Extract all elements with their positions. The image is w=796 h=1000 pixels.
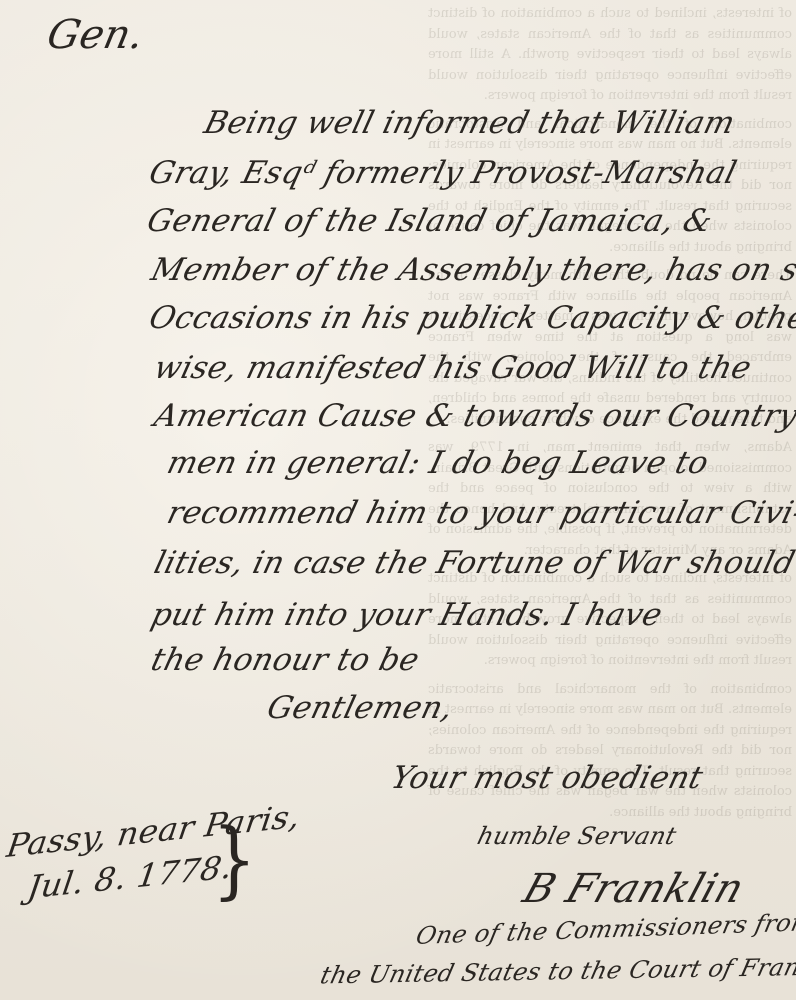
body-line: Member of the Assembly there, has on sev… <box>148 252 796 288</box>
body-line: recommend him to your particular Civi- <box>164 495 796 531</box>
body-line: lities, in case the Fortune of War shoul… <box>151 545 796 581</box>
body-line: put him into your Hands. I have <box>148 597 667 633</box>
salutation: Gen. <box>43 12 148 58</box>
body-line: American Cause & towards our Country <box>151 398 796 434</box>
address-gentlemen: Gentlemen, <box>264 690 457 726</box>
body-line: Gray, Esqᵈ formerly Provost-Marshal <box>146 155 741 191</box>
body-line: General of the Island of Jamaica, & <box>144 203 717 239</box>
bleed-paragraph: combination of the monarchical and arist… <box>420 676 796 828</box>
closing-line-1: Your most obedient <box>388 760 707 796</box>
body-line: the honour to be <box>148 642 423 678</box>
signature: B Franklin <box>518 866 750 912</box>
body-line: Being well informed that William <box>201 105 739 141</box>
body-line: men in general: I do beg Leave to <box>164 445 713 481</box>
body-line: Occasions in his publick Capacity & othe… <box>146 300 796 336</box>
bleed-paragraph: of interests, inclined to such a combina… <box>420 0 796 111</box>
body-line: wise, manifested his Good Will to the <box>151 350 756 386</box>
closing-line-2: humble Servant <box>475 822 680 850</box>
letter-page: of interests, inclined to such a combina… <box>0 0 796 1000</box>
brace-mark: } <box>212 810 257 908</box>
place-line: Passy, near Paris, <box>4 797 302 865</box>
